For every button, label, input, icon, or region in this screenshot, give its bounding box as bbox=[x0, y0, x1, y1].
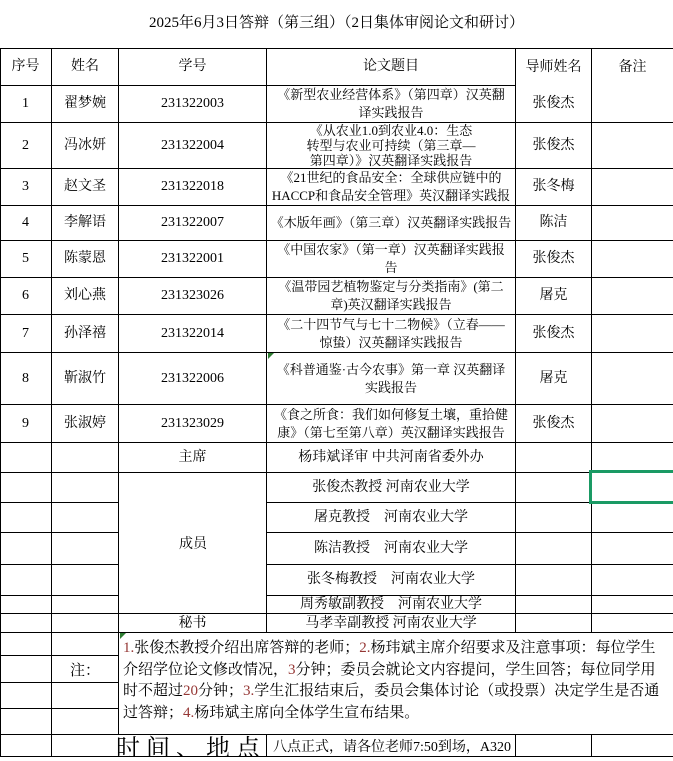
cell-no[interactable] bbox=[0, 596, 52, 614]
cell-advisor[interactable] bbox=[516, 565, 592, 596]
cell-no[interactable]: 8 bbox=[0, 353, 52, 405]
cell-thesis-title[interactable]: 《中国农家》（第一章）汉英翻译实践报 告 bbox=[267, 241, 516, 278]
footer-label-cell[interactable]: 时间、地点 bbox=[52, 735, 267, 756]
note-segment: 张俊杰教授介绍出席答辩的老师； bbox=[134, 640, 359, 656]
cell-name[interactable] bbox=[52, 614, 119, 633]
cell-thesis-title[interactable]: 《新型农业经营体系》（第四章）汉英翻 译实践报告 bbox=[267, 86, 516, 123]
error-indicator-triangle bbox=[268, 353, 274, 359]
cell-no[interactable] bbox=[0, 565, 52, 596]
cell-no[interactable]: 6 bbox=[0, 278, 52, 315]
chair-label-cell[interactable]: 主席 bbox=[119, 443, 267, 473]
cell-advisor[interactable] bbox=[516, 503, 592, 533]
member-value-cell[interactable]: 张冬梅教授 河南农业大学 bbox=[267, 565, 516, 596]
empty-cell[interactable] bbox=[0, 709, 52, 735]
cell-student-id[interactable]: 231322004 bbox=[119, 123, 267, 169]
cell-name[interactable]: 赵文圣 bbox=[52, 169, 119, 206]
cell-advisor[interactable] bbox=[516, 596, 592, 614]
note-number: 2. bbox=[359, 640, 370, 656]
cell-advisor[interactable] bbox=[516, 443, 592, 473]
empty-cell[interactable] bbox=[52, 709, 119, 735]
cell-no[interactable] bbox=[0, 614, 52, 633]
column-header-no[interactable]: 序号 bbox=[0, 49, 52, 86]
empty-cell[interactable] bbox=[0, 735, 52, 756]
cell-name[interactable]: 孙泽禧 bbox=[52, 315, 119, 353]
cell-name[interactable]: 张淑婷 bbox=[52, 405, 119, 443]
note-left-grid: 注： bbox=[0, 632, 119, 734]
student-row: 3 赵文圣 231322018 《21世纪的食品安全：全球供应链中的 HACCP… bbox=[0, 169, 673, 206]
cell-remark[interactable] bbox=[592, 315, 673, 353]
cell-remark[interactable] bbox=[592, 123, 673, 169]
cell-advisor[interactable]: 屠克 bbox=[516, 278, 592, 315]
members-merged-label[interactable]: 成员 bbox=[119, 472, 267, 613]
footer-value-cell[interactable]: 八点正式，请各位老师7:50到场，A320 bbox=[267, 735, 516, 756]
secretary-label-cell[interactable]: 秘书 bbox=[119, 614, 267, 633]
column-header-student-id[interactable]: 学号 bbox=[119, 49, 267, 86]
footer-row: 时间、地点 八点正式，请各位老师7:50到场，A320 bbox=[0, 735, 673, 757]
column-header-advisor[interactable]: 导师姓名 bbox=[516, 49, 592, 86]
chair-value-cell[interactable]: 杨玮斌译审 中共河南省委外办 bbox=[267, 443, 516, 473]
cell-advisor[interactable] bbox=[516, 473, 592, 503]
empty-cell[interactable] bbox=[52, 632, 119, 656]
note-segment: 分钟； bbox=[198, 683, 243, 699]
student-row: 2 冯冰妍 231322004 《从农业1.0到农业4.0：生态 转型与农业可持… bbox=[0, 123, 673, 169]
cell-no[interactable]: 2 bbox=[0, 123, 52, 169]
member-value-cell[interactable]: 周秀敏副教授 河南农业大学 bbox=[267, 596, 516, 614]
header-row: 序号 姓名 学号 论文题目 导师姓名 备注 bbox=[0, 48, 673, 86]
column-header-name[interactable]: 姓名 bbox=[52, 49, 119, 86]
cell-thesis-title[interactable]: 《从农业1.0到农业4.0：生态 转型与农业可持续（第三章— 第四章）》汉英翻译… bbox=[267, 123, 516, 169]
table: 序号 姓名 学号 论文题目 导师姓名 备注 1 翟梦婉 231322003 《新… bbox=[0, 48, 673, 633]
cell-name[interactable] bbox=[52, 596, 119, 614]
cell-no[interactable]: 5 bbox=[0, 241, 52, 278]
cell-student-id[interactable]: 231323026 bbox=[119, 278, 267, 315]
cell-thesis-title[interactable]: 《食之所食：我们如何修复土壤，重拾健 康》（第七至第八章）英汉翻译实践报告 bbox=[267, 405, 516, 443]
note-block: 注： 1.张俊杰教授介绍出席答辩的老师；2.杨玮斌主席介绍要求及注意事项：每位学… bbox=[0, 632, 673, 735]
cell-remark[interactable] bbox=[592, 278, 673, 315]
cell-student-id[interactable]: 231322007 bbox=[119, 206, 267, 241]
cell-student-id[interactable]: 231322003 bbox=[119, 86, 267, 123]
cell-no[interactable] bbox=[0, 503, 52, 533]
cell-advisor[interactable]: 张冬梅 bbox=[516, 169, 592, 206]
member-value-cell[interactable]: 陈洁教授 河南农业大学 bbox=[267, 533, 516, 565]
cell-advisor[interactable] bbox=[516, 614, 592, 633]
member-row: 张冬梅教授 河南农业大学 bbox=[0, 565, 673, 596]
cell-thesis-title[interactable]: 《木版年画》（第三章）汉英翻译实践报告 bbox=[267, 206, 516, 241]
cell-name[interactable] bbox=[52, 503, 119, 533]
cell-name[interactable] bbox=[52, 565, 119, 596]
error-indicator-triangle bbox=[120, 633, 126, 639]
cell-name[interactable]: 陈蒙恩 bbox=[52, 241, 119, 278]
cell-remark[interactable] bbox=[592, 443, 673, 473]
cell-advisor[interactable]: 张俊杰 bbox=[516, 241, 592, 278]
empty-cell[interactable] bbox=[0, 656, 52, 683]
note-text[interactable]: 1.张俊杰教授介绍出席答辩的老师；2.杨玮斌主席介绍要求及注意事项：每位学生介绍… bbox=[119, 632, 673, 734]
note-label-cell[interactable]: 注： bbox=[52, 656, 119, 683]
cell-name[interactable] bbox=[52, 533, 119, 565]
member-row: 张俊杰教授 河南农业大学 bbox=[0, 473, 673, 503]
cell-student-id[interactable]: 231322014 bbox=[119, 315, 267, 353]
page-title: 2025年6月3日答辩（第三组）（2日集体审阅论文和研讨） bbox=[0, 11, 673, 32]
student-row: 4 李解语 231322007 《木版年画》（第三章）汉英翻译实践报告 陈洁 bbox=[0, 206, 673, 241]
cell-no[interactable]: 4 bbox=[0, 206, 52, 241]
cell-advisor[interactable]: 张俊杰 bbox=[516, 86, 592, 123]
cell-thesis-title[interactable]: 《科普通鉴·古今农事》第一章 汉英翻译 实践报告 bbox=[267, 353, 516, 405]
note-number: 4. bbox=[183, 705, 194, 721]
cell-name[interactable]: 刘心燕 bbox=[52, 278, 119, 315]
cell-name[interactable] bbox=[52, 443, 119, 473]
cell-remark[interactable] bbox=[592, 596, 673, 614]
note-number: 20 bbox=[183, 683, 198, 699]
student-row: 5 陈蒙恩 231322001 《中国农家》（第一章）汉英翻译实践报 告 张俊杰 bbox=[0, 241, 673, 278]
note-number: 3. bbox=[243, 683, 254, 699]
cell-thesis-title[interactable]: 《温带园艺植物鉴定与分类指南》(第二 章)英汉翻译实践报告 bbox=[267, 278, 516, 315]
secretary-row: 秘书 马孝幸副教授 河南农业大学 bbox=[0, 614, 673, 633]
cell-no[interactable]: 3 bbox=[0, 169, 52, 206]
note-segment: 杨玮斌主席向全体学生宣布结果。 bbox=[194, 705, 419, 721]
cell-advisor[interactable] bbox=[516, 533, 592, 565]
selected-cell-highlight[interactable] bbox=[589, 470, 673, 504]
cell-no[interactable]: 1 bbox=[0, 86, 52, 123]
cell-remark[interactable] bbox=[592, 503, 673, 533]
cell-thesis-title[interactable]: 《21世纪的食品安全：全球供应链中的 HACCP和食品安全管理》英汉翻译实践报告 bbox=[267, 169, 516, 206]
cell-student-id[interactable]: 231322001 bbox=[119, 241, 267, 278]
cell-name[interactable]: 靳淑竹 bbox=[52, 353, 119, 405]
member-row: 屠克教授 河南农业大学 bbox=[0, 503, 673, 533]
cell-no[interactable] bbox=[0, 533, 52, 565]
student-row: 9 张淑婷 231323029 《食之所食：我们如何修复土壤，重拾健 康》（第七… bbox=[0, 405, 673, 443]
cell-remark[interactable] bbox=[592, 353, 673, 405]
secretary-value-cell[interactable]: 马孝幸副教授 河南农业大学 bbox=[267, 614, 516, 633]
spreadsheet: 2025年6月3日答辩（第三组）（2日集体审阅论文和研讨） 序号 姓名 学号 论… bbox=[0, 0, 673, 761]
cell-remark[interactable] bbox=[592, 533, 673, 565]
cell-advisor[interactable]: 张俊杰 bbox=[516, 405, 592, 443]
column-header-remark[interactable]: 备注 bbox=[592, 49, 673, 86]
student-row: 8 靳淑竹 231322006 《科普通鉴·古今农事》第一章 汉英翻译 实践报告… bbox=[0, 353, 673, 405]
empty-cell[interactable] bbox=[0, 632, 52, 656]
cell-name[interactable] bbox=[52, 473, 119, 503]
empty-cell[interactable] bbox=[516, 735, 592, 756]
cell-remark[interactable] bbox=[592, 206, 673, 241]
cell-no[interactable]: 9 bbox=[0, 405, 52, 443]
cell-advisor[interactable]: 张俊杰 bbox=[516, 123, 592, 169]
cell-remark[interactable] bbox=[592, 405, 673, 443]
cell-remark[interactable] bbox=[592, 86, 673, 123]
cell-advisor[interactable]: 张俊杰 bbox=[516, 315, 592, 353]
cell-remark[interactable] bbox=[592, 614, 673, 633]
member-value-cell[interactable]: 张俊杰教授 河南农业大学 bbox=[267, 473, 516, 503]
cell-remark[interactable] bbox=[592, 169, 673, 206]
empty-cell[interactable] bbox=[592, 735, 673, 756]
cell-remark[interactable] bbox=[592, 565, 673, 596]
member-row: 陈洁教授 河南农业大学 bbox=[0, 533, 673, 565]
cell-no[interactable] bbox=[0, 473, 52, 503]
cell-name[interactable]: 翟梦婉 bbox=[52, 86, 119, 123]
cell-thesis-title[interactable]: 《二十四节气与七十二物候》（立春—— 惊蛰）汉英翻译实践报告 bbox=[267, 315, 516, 353]
student-row: 6 刘心燕 231323026 《温带园艺植物鉴定与分类指南》(第二 章)英汉翻… bbox=[0, 278, 673, 315]
empty-cell[interactable] bbox=[52, 683, 119, 709]
empty-cell[interactable] bbox=[0, 683, 52, 709]
member-row: 周秀敏副教授 河南农业大学 bbox=[0, 596, 673, 614]
cell-name[interactable]: 李解语 bbox=[52, 206, 119, 241]
cell-student-id[interactable]: 231322006 bbox=[119, 353, 267, 405]
cell-name[interactable]: 冯冰妍 bbox=[52, 123, 119, 169]
cell-remark[interactable] bbox=[592, 241, 673, 278]
member-value-cell[interactable]: 屠克教授 河南农业大学 bbox=[267, 503, 516, 533]
cell-no[interactable] bbox=[0, 443, 52, 473]
cell-advisor[interactable]: 陈洁 bbox=[516, 206, 592, 241]
cell-advisor[interactable]: 屠克 bbox=[516, 353, 592, 405]
column-header-thesis-title[interactable]: 论文题目 bbox=[267, 49, 516, 86]
cell-student-id[interactable]: 231322018 bbox=[119, 169, 267, 206]
chair-row: 主席 杨玮斌译审 中共河南省委外办 bbox=[0, 443, 673, 473]
student-row: 1 翟梦婉 231322003 《新型农业经营体系》（第四章）汉英翻 译实践报告… bbox=[0, 86, 673, 123]
student-row: 7 孙泽禧 231322014 《二十四节气与七十二物候》（立春—— 惊蛰）汉英… bbox=[0, 315, 673, 353]
cell-student-id[interactable]: 231323029 bbox=[119, 405, 267, 443]
note-number: 3 bbox=[288, 662, 296, 678]
cell-no[interactable]: 7 bbox=[0, 315, 52, 353]
note-number: 1. bbox=[123, 640, 134, 656]
